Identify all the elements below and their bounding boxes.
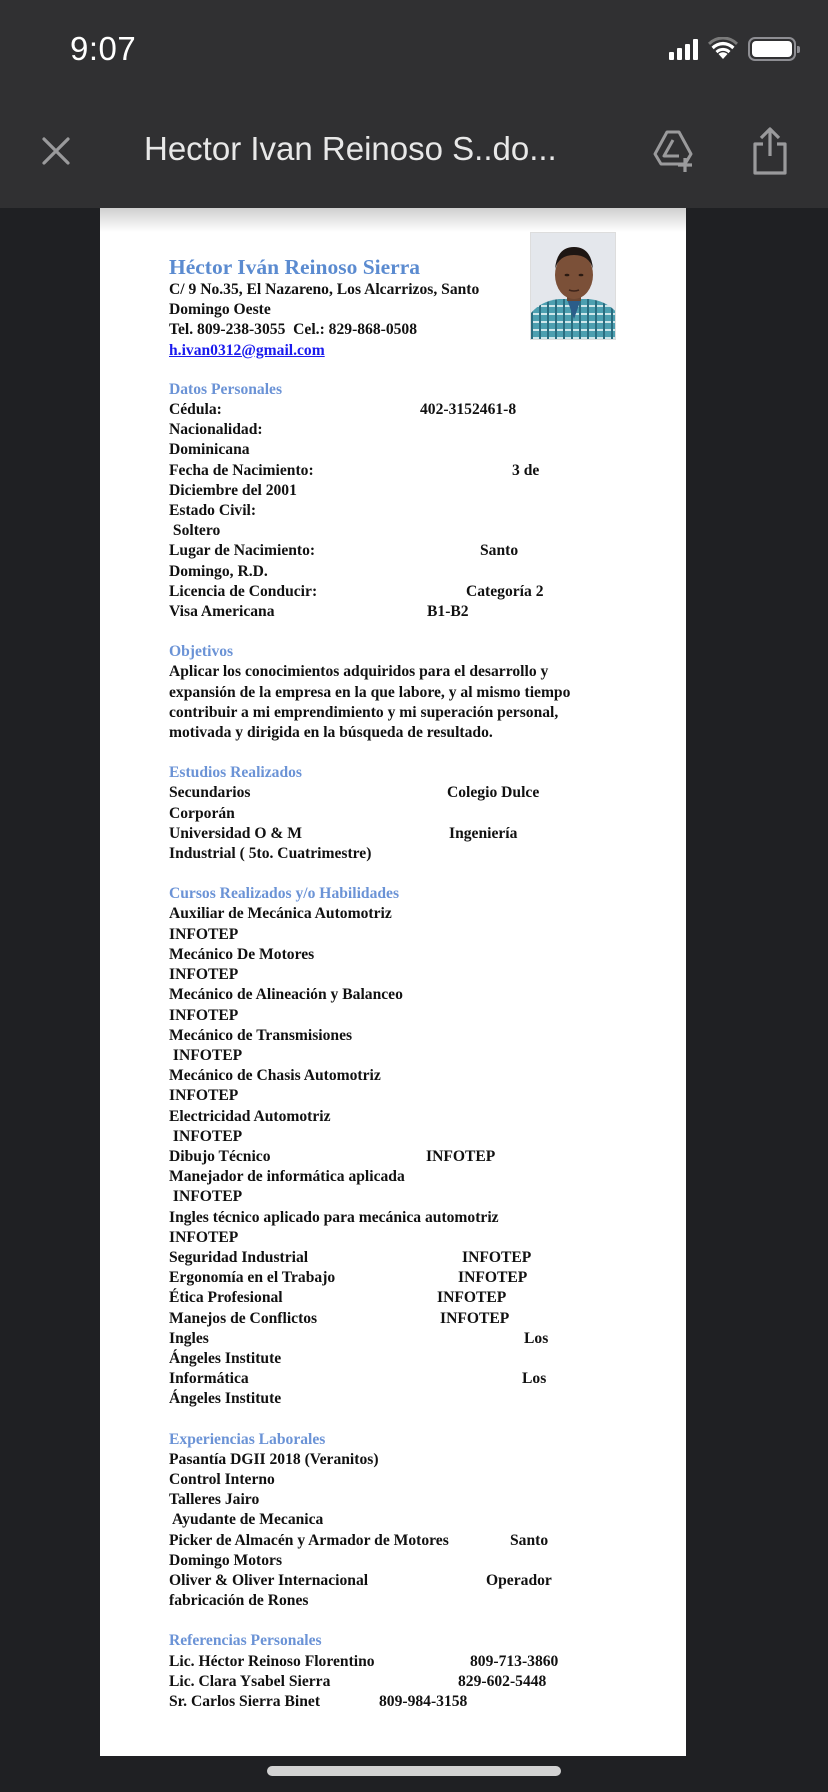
courses-row: Manejos de ConflictosINFOTEP <box>169 1309 629 1329</box>
row-label: Cédula: <box>169 401 222 418</box>
education-rows: SecundariosColegio DulceCorporánUniversi… <box>169 783 629 864</box>
courses-row: InglesLos <box>169 1329 629 1349</box>
courses-row: Electricidad Automotriz <box>169 1107 629 1127</box>
row-label: Mecánico de Transmisiones <box>169 1027 352 1044</box>
objectives-text: Aplicar los conocimientos adquiridos par… <box>169 662 629 743</box>
courses-row: Ángeles Institute <box>169 1389 629 1409</box>
row-label: Secundarios <box>169 784 250 801</box>
courses-row: Ergonomía en el TrabajoINFOTEP <box>169 1268 629 1288</box>
row-value: 829-602-5448 <box>458 1672 546 1692</box>
row-label: INFOTEP <box>169 1188 242 1205</box>
text-line: expansión de la empresa en la que labore… <box>169 683 629 703</box>
status-bar: 9:07 <box>0 0 828 100</box>
row-label: Lic. Clara Ysabel Sierra <box>169 1673 330 1690</box>
section-heading-references: Referencias Personales <box>169 1631 629 1651</box>
courses-row: InformáticaLos <box>169 1369 629 1389</box>
row-value: Los <box>524 1329 548 1349</box>
close-icon[interactable] <box>38 133 74 169</box>
row-label: Auxiliar de Mecánica Automotriz <box>169 905 392 922</box>
add-to-drive-icon[interactable] <box>651 128 697 174</box>
courses-row: INFOTEP <box>169 1046 629 1066</box>
row-value: INFOTEP <box>426 1147 495 1167</box>
resume-content: Héctor Iván Reinoso Sierra C/ 9 No.35, E… <box>169 254 629 1712</box>
row-label: Mecánico de Chasis Automotriz <box>169 1067 381 1084</box>
personal-rows: Cédula:402-3152461-8Nacionalidad:Dominic… <box>169 400 629 622</box>
row-label: Manejos de Conflictos <box>169 1310 317 1327</box>
personal-row: Estado Civil: <box>169 501 629 521</box>
personal-row: Licencia de Conducir:Categoría 2 <box>169 582 629 602</box>
courses-row: Ética ProfesionalINFOTEP <box>169 1288 629 1308</box>
education-row: Industrial ( 5to. Cuatrimestre) <box>169 844 629 864</box>
education-row: Universidad O & MIngeniería <box>169 824 629 844</box>
row-label: INFOTEP <box>169 1087 238 1104</box>
personal-row: Visa AmericanaB1-B2 <box>169 602 629 622</box>
personal-row: Dominicana <box>169 440 629 460</box>
text-line: contribuir a mi emprendimiento y mi supe… <box>169 703 629 723</box>
courses-row: INFOTEP <box>169 1187 629 1207</box>
personal-row: Nacionalidad: <box>169 420 629 440</box>
document-page[interactable]: Héctor Iván Reinoso Sierra C/ 9 No.35, E… <box>100 208 686 1756</box>
personal-row: Diciembre del 2001 <box>169 481 629 501</box>
courses-row: INFOTEP <box>169 1086 629 1106</box>
row-label: INFOTEP <box>169 1007 238 1024</box>
courses-row: Mecánico de Alineación y Balanceo <box>169 985 629 1005</box>
courses-row: INFOTEP <box>169 1228 629 1248</box>
row-label: Dibujo Técnico <box>169 1148 271 1165</box>
experience-row: Picker de Almacén y Armador de MotoresSa… <box>169 1531 629 1551</box>
row-label: INFOTEP <box>169 926 238 943</box>
row-label: INFOTEP <box>169 1047 242 1064</box>
courses-row: Dibujo TécnicoINFOTEP <box>169 1147 629 1167</box>
section-heading-objectives: Objetivos <box>169 642 629 662</box>
references-rows: Lic. Héctor Reinoso Florentino809-713-38… <box>169 1652 629 1713</box>
row-label: Pasantía DGII 2018 (Veranitos) <box>169 1451 379 1468</box>
experience-row: Control Interno <box>169 1470 629 1490</box>
row-value: INFOTEP <box>462 1248 531 1268</box>
row-value: INFOTEP <box>437 1288 506 1308</box>
education-row: SecundariosColegio Dulce <box>169 783 629 803</box>
text-line: motivada y dirigida en la búsqueda de re… <box>169 723 629 743</box>
row-label: Informática <box>169 1370 249 1387</box>
row-label: Lugar de Nacimiento: <box>169 542 315 559</box>
row-value: 3 de <box>512 461 539 481</box>
row-label: Ingles técnico aplicado para mecánica au… <box>169 1209 499 1226</box>
experience-row: Pasantía DGII 2018 (Veranitos) <box>169 1450 629 1470</box>
cellular-signal-icon <box>669 38 698 60</box>
row-value: 809-984-3158 <box>379 1692 467 1712</box>
row-label: Diciembre del 2001 <box>169 482 297 499</box>
row-label: Corporán <box>169 805 235 822</box>
row-value: Categoría 2 <box>466 582 544 602</box>
battery-icon <box>748 37 796 61</box>
row-label: fabricación de Rones <box>169 1592 308 1609</box>
home-indicator[interactable] <box>267 1766 561 1776</box>
row-value: INFOTEP <box>458 1268 527 1288</box>
courses-row: INFOTEP <box>169 1127 629 1147</box>
row-label: Estado Civil: <box>169 502 256 519</box>
row-label: Control Interno <box>169 1471 275 1488</box>
references-row: Sr. Carlos Sierra Binet809-984-3158 <box>169 1692 629 1712</box>
references-row: Lic. Clara Ysabel Sierra829-602-5448 <box>169 1672 629 1692</box>
section-heading-courses: Cursos Realizados y/o Habilidades <box>169 884 629 904</box>
row-label: Ayudante de Mecanica <box>169 1511 323 1528</box>
personal-row: Fecha de Nacimiento:3 de <box>169 461 629 481</box>
section-heading-personal: Datos Personales <box>169 380 629 400</box>
row-value: Santo <box>510 1531 548 1551</box>
row-value: 402-3152461-8 <box>420 400 516 420</box>
app-bar: Hector Ivan Reinoso S..do... <box>0 100 828 208</box>
email-link[interactable]: h.ivan0312@gmail.com <box>169 341 629 361</box>
row-label: Ángeles Institute <box>169 1390 281 1407</box>
personal-row: Domingo, R.D. <box>169 562 629 582</box>
experience-row: Ayudante de Mecanica <box>169 1510 629 1530</box>
row-label: Manejador de informática aplicada <box>169 1168 405 1185</box>
row-value: INFOTEP <box>440 1309 509 1329</box>
personal-row: Cédula:402-3152461-8 <box>169 400 629 420</box>
courses-row: Seguridad IndustrialINFOTEP <box>169 1248 629 1268</box>
status-icons <box>669 36 796 62</box>
courses-row: Mecánico de Transmisiones <box>169 1026 629 1046</box>
text-line: Aplicar los conocimientos adquiridos par… <box>169 662 629 682</box>
document-title: Hector Ivan Reinoso S..do... <box>144 130 557 168</box>
courses-row: Auxiliar de Mecánica Automotriz <box>169 904 629 924</box>
row-label: Domingo Motors <box>169 1552 282 1569</box>
row-label: Mecánico De Motores <box>169 946 314 963</box>
courses-row: Mecánico De Motores <box>169 945 629 965</box>
share-icon[interactable] <box>752 126 788 176</box>
experience-row: Domingo Motors <box>169 1551 629 1571</box>
row-label: Picker de Almacén y Armador de Motores <box>169 1532 449 1549</box>
row-value: B1-B2 <box>427 602 469 622</box>
references-row: Lic. Héctor Reinoso Florentino809-713-38… <box>169 1652 629 1672</box>
row-label: Industrial ( 5to. Cuatrimestre) <box>169 845 371 862</box>
row-label: Ingles <box>169 1330 209 1347</box>
personal-row: Soltero <box>169 521 629 541</box>
courses-row: INFOTEP <box>169 965 629 985</box>
courses-row: Manejador de informática aplicada <box>169 1167 629 1187</box>
courses-rows: Auxiliar de Mecánica AutomotrizINFOTEPMe… <box>169 904 629 1409</box>
education-row: Corporán <box>169 804 629 824</box>
experience-row: Talleres Jairo <box>169 1490 629 1510</box>
row-value: Ingeniería <box>449 824 517 844</box>
experience-row: Oliver & Oliver InternacionalOperador <box>169 1571 629 1591</box>
row-label: Nacionalidad: <box>169 421 263 438</box>
courses-row: Mecánico de Chasis Automotriz <box>169 1066 629 1086</box>
row-label: Seguridad Industrial <box>169 1249 308 1266</box>
row-label: INFOTEP <box>169 1128 242 1145</box>
row-value: 809-713-3860 <box>470 1652 558 1672</box>
row-value: Los <box>522 1369 546 1389</box>
courses-row: INFOTEP <box>169 1006 629 1026</box>
row-label: INFOTEP <box>169 1229 238 1246</box>
wifi-icon <box>708 37 738 61</box>
row-label: INFOTEP <box>169 966 238 983</box>
section-heading-education: Estudios Realizados <box>169 763 629 783</box>
courses-row: INFOTEP <box>169 925 629 945</box>
row-label: Talleres Jairo <box>169 1491 259 1508</box>
row-label: Fecha de Nacimiento: <box>169 462 314 479</box>
row-value: Colegio Dulce <box>447 783 539 803</box>
row-label: Mecánico de Alineación y Balanceo <box>169 986 403 1003</box>
row-label: Oliver & Oliver Internacional <box>169 1572 368 1589</box>
profile-photo <box>530 232 616 340</box>
row-label: Visa Americana <box>169 603 275 620</box>
experience-rows: Pasantía DGII 2018 (Veranitos)Control In… <box>169 1450 629 1612</box>
row-label: Electricidad Automotriz <box>169 1108 331 1125</box>
status-time: 9:07 <box>70 30 136 68</box>
row-value: Operador <box>486 1571 552 1591</box>
row-label: Ángeles Institute <box>169 1350 281 1367</box>
courses-row: Ingles técnico aplicado para mecánica au… <box>169 1208 629 1228</box>
row-label: Ergonomía en el Trabajo <box>169 1269 335 1286</box>
row-label: Universidad O & M <box>169 825 302 842</box>
row-label: Licencia de Conducir: <box>169 583 317 600</box>
row-label: Soltero <box>169 522 220 539</box>
personal-row: Lugar de Nacimiento:Santo <box>169 541 629 561</box>
row-label: Domingo, R.D. <box>169 563 268 580</box>
row-value: Santo <box>480 541 518 561</box>
section-heading-experience: Experiencias Laborales <box>169 1430 629 1450</box>
experience-row: fabricación de Rones <box>169 1591 629 1611</box>
row-label: Dominicana <box>169 441 250 458</box>
row-label: Lic. Héctor Reinoso Florentino <box>169 1653 375 1670</box>
row-label: Sr. Carlos Sierra Binet <box>169 1693 320 1710</box>
courses-row: Ángeles Institute <box>169 1349 629 1369</box>
row-label: Ética Profesional <box>169 1289 283 1306</box>
